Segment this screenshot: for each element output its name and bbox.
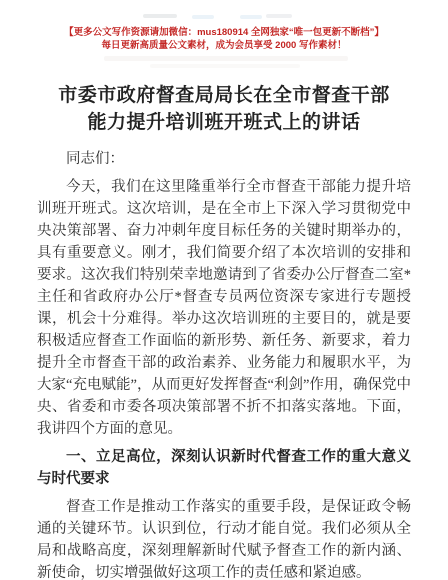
faded-text-line — [104, 56, 348, 61]
promo-notice-line1: 【更多公文写作资源请加微信：mus180914 全网独家“唯一包更新不断档”】 — [0, 26, 448, 39]
document-body: 同志们： 今天，我们在这里隆重举行全市督查干部能力提升培训班开班式。这次培训，是… — [37, 148, 411, 580]
page-number: 1 — [0, 546, 448, 557]
promo-notice-line2: 每日更新高质量公文素材，成为会员享受 2000 写作素材！ — [0, 39, 448, 52]
faded-scan-artifact — [240, 15, 262, 19]
paragraph-section-1-body: 督查工作是推动工作落实的重要手段，是保证政令畅通的关键环节。认识到位，行动才能自… — [37, 496, 411, 580]
faded-scan-artifact — [143, 14, 177, 18]
faded-text-line — [150, 64, 300, 68]
faded-scan-artifact — [192, 15, 214, 19]
document-page: 【更多公文写作资源请加微信：mus180914 全网独家“唯一包更新不断档”】 … — [0, 0, 448, 580]
paragraph-intro: 今天，我们在这里隆重举行全市督查干部能力提升培训班开班式。这次培训，是在全市上下… — [37, 176, 411, 440]
promo-notice: 【更多公文写作资源请加微信：mus180914 全网独家“唯一包更新不断档”】 … — [0, 26, 448, 52]
paragraph-salutation: 同志们： — [37, 148, 411, 170]
document-title: 市委市政府督查局局长在全市督查干部能力提升培训班开班式上的讲话 — [52, 82, 396, 136]
section-heading-1: 一、立足高位，深刻认识新时代督查工作的重大意义与时代要求 — [37, 446, 411, 490]
faded-scan-artifact — [266, 14, 292, 18]
